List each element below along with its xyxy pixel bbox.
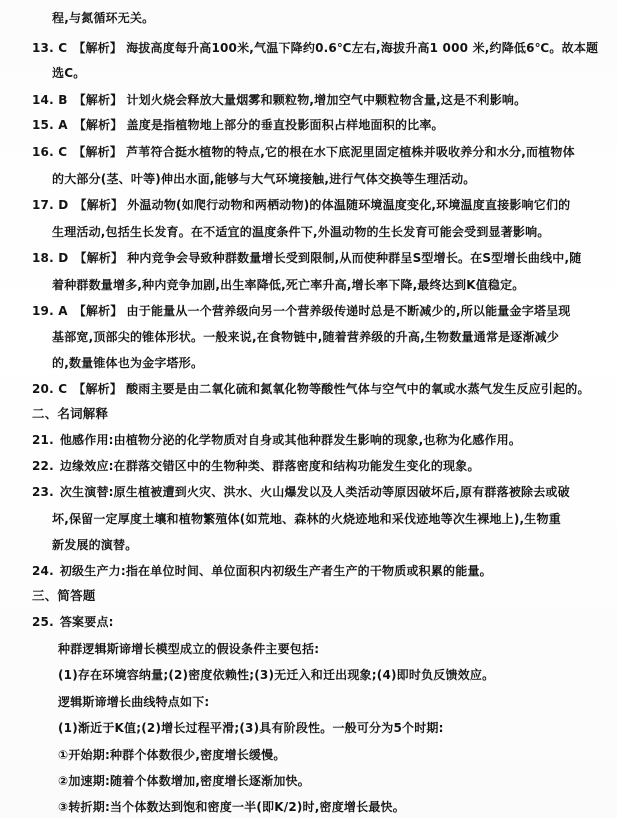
answer-line: (1)存在环境容纳量;(2)密度依赖性;(3)无迁入和迁出现象;(4)即时负反馈… (58, 667, 494, 683)
continuation-line: 着种群数量增多,种内竞争加剧,出生率降低,死亡率升高,增长率下降,最终达到K值稳… (52, 277, 525, 293)
answer-21: 21.他感作用:由植物分泌的化学物质对自身或其他种群发生影响的现象,也称为化感作… (32, 432, 521, 448)
answer-line: ③转折期:当个体数达到饱和密度一半(即K/2)时,密度增长最快。 (58, 799, 405, 815)
continuation-line: 程,与氮循环无关。 (52, 10, 154, 26)
analysis-tag: 【解析】 (74, 197, 123, 213)
answer-text: 次生演替:原生植被遭到火灾、洪水、火山爆发以及人类活动等原因破坏后,原有群落被除… (60, 485, 570, 499)
analysis-tag: 【解析】 (73, 40, 122, 56)
answer-text: 海拔高度每升高100米,气温下降约0.6℃左右,海拔升高1 000 米,约降低6… (126, 41, 598, 55)
question-number: 22. (32, 458, 54, 474)
answer-text: 酸雨主要是由二氧化硫和氮氧化物等酸性气体与空气中的氧或水蒸气发生反应引起的。 (126, 382, 590, 396)
analysis-tag: 【解析】 (74, 303, 123, 319)
analysis-tag: 【解析】 (73, 381, 122, 397)
answer-line: (1)渐近于K值;(2)增长过程平滑;(3)具有阶段性。一般可分为5个时期: (58, 720, 444, 736)
answer-20: 20. C【解析】酸雨主要是由二氧化硫和氮氧化物等酸性气体与空气中的氧或水蒸气发… (32, 381, 590, 397)
question-number: 21. (32, 432, 54, 448)
continuation-line: 生理活动,包括生长发育。在不适宜的温度条件下,外温动物的生长发育可能会受到显著影… (52, 224, 550, 240)
answer-22: 22.边缘效应:在群落交错区中的生物种类、群落密度和结构功能发生变化的现象。 (32, 458, 480, 474)
question-number: 16. C (32, 144, 67, 160)
answer-24: 24.初级生产力:指在单位时间、单位面积内初级生产者生产的干物质或积累的能量。 (32, 563, 492, 579)
answer-text: 初级生产力:指在单位时间、单位面积内初级生产者生产的干物质或积累的能量。 (60, 564, 492, 578)
continuation-line: 基部宽,顶部尖的锥体形状。一般来说,在食物链中,随着营养级的升高,生物数量通常是… (52, 329, 559, 345)
answer-line: ②加速期:随着个体数增加,密度增长逐渐加快。 (58, 773, 310, 789)
answer-19: 19. A【解析】由于能量从一个营养级向另一个营养级传递时总是不断减少的,所以能… (32, 303, 571, 319)
question-number: 25. (32, 614, 54, 630)
answer-text: 外温动物(如爬行动物和两栖动物)的体温随环境温度变化,环境温度直接影响它们的 (127, 198, 570, 212)
question-number: 17. D (32, 197, 68, 213)
continuation-line: 的大部分(茎、叶等)伸出水面,能够与大气环境接触,进行气体交换等生理活动。 (52, 171, 476, 187)
answer-line: 逻辑斯谛增长曲线特点如下: (58, 694, 209, 710)
answer-13: 13. C【解析】海拔高度每升高100米,气温下降约0.6℃左右,海拔升高1 0… (32, 40, 598, 56)
question-number: 18. D (32, 250, 68, 266)
analysis-tag: 【解析】 (74, 92, 123, 108)
answer-text: 答案要点: (60, 615, 114, 629)
question-number: 14. B (32, 92, 68, 108)
answer-text: 计划火烧会释放大量烟雾和颗粒物,增加空气中颗粒物含量,这是不利影响。 (126, 93, 526, 107)
answer-text: 种内竞争会导致种群数量增长受到限制,从而使种群呈S型增长。在S型增长曲线中,随 (127, 251, 581, 265)
answer-14: 14. B【解析】计划火烧会释放大量烟雾和颗粒物,增加空气中颗粒物含量,这是不利… (32, 92, 526, 108)
answer-17: 17. D【解析】外温动物(如爬行动物和两栖动物)的体温随环境温度变化,环境温度… (32, 197, 570, 213)
analysis-tag: 【解析】 (74, 250, 123, 266)
section-heading-short-answer: 三、简答题 (32, 588, 96, 604)
question-number: 24. (32, 563, 54, 579)
question-number: 13. C (32, 40, 67, 56)
answer-25: 25.答案要点: (32, 614, 114, 630)
continuation-line: 选C。 (52, 65, 85, 81)
answer-16: 16. C【解析】芦苇符合挺水植物的特点,它的根在水下底泥里固定植株并吸收养分和… (32, 144, 575, 160)
answer-18: 18. D【解析】种内竞争会导致种群数量增长受到限制,从而使种群呈S型增长。在S… (32, 250, 581, 266)
scanned-page: 程,与氮循环无关。 13. C【解析】海拔高度每升高100米,气温下降约0.6℃… (0, 0, 617, 818)
answer-text: 由于能量从一个营养级向另一个营养级传递时总是不断减少的,所以能量金字塔呈现 (127, 304, 571, 318)
question-number: 15. A (32, 117, 68, 133)
question-number: 23. (32, 484, 54, 500)
answer-15: 15. A【解析】盖度是指植物地上部分的垂直投影面积占样地面积的比率。 (32, 117, 444, 133)
question-number: 20. C (32, 381, 67, 397)
answer-text: 盖度是指植物地上部分的垂直投影面积占样地面积的比率。 (127, 118, 444, 132)
question-number: 19. A (32, 303, 68, 319)
analysis-tag: 【解析】 (74, 117, 123, 133)
answer-line: ①开始期:种群个体数很少,密度增长缓慢。 (58, 747, 286, 763)
answer-text: 他感作用:由植物分泌的化学物质对自身或其他种群发生影响的现象,也称为化感作用。 (60, 433, 521, 447)
continuation-line: 新发展的演替。 (52, 537, 137, 553)
continuation-line: 的,数量锥体也为金字塔形。 (52, 355, 203, 371)
answer-line: 种群逻辑斯谛增长模型成立的假设条件主要包括: (58, 641, 319, 657)
section-heading-terms: 二、名词解释 (32, 406, 108, 422)
continuation-line: 坏,保留一定厚度土壤和植物繁殖体(如荒地、森林的火烧迹地和采伐迹地等次生裸地上)… (52, 511, 561, 527)
analysis-tag: 【解析】 (73, 144, 122, 160)
answer-23: 23.次生演替:原生植被遭到火灾、洪水、火山爆发以及人类活动等原因破坏后,原有群… (32, 484, 570, 500)
answer-text: 芦苇符合挺水植物的特点,它的根在水下底泥里固定植株并吸收养分和水分,而植物体 (126, 145, 575, 159)
answer-text: 边缘效应:在群落交错区中的生物种类、群落密度和结构功能发生变化的现象。 (60, 459, 480, 473)
